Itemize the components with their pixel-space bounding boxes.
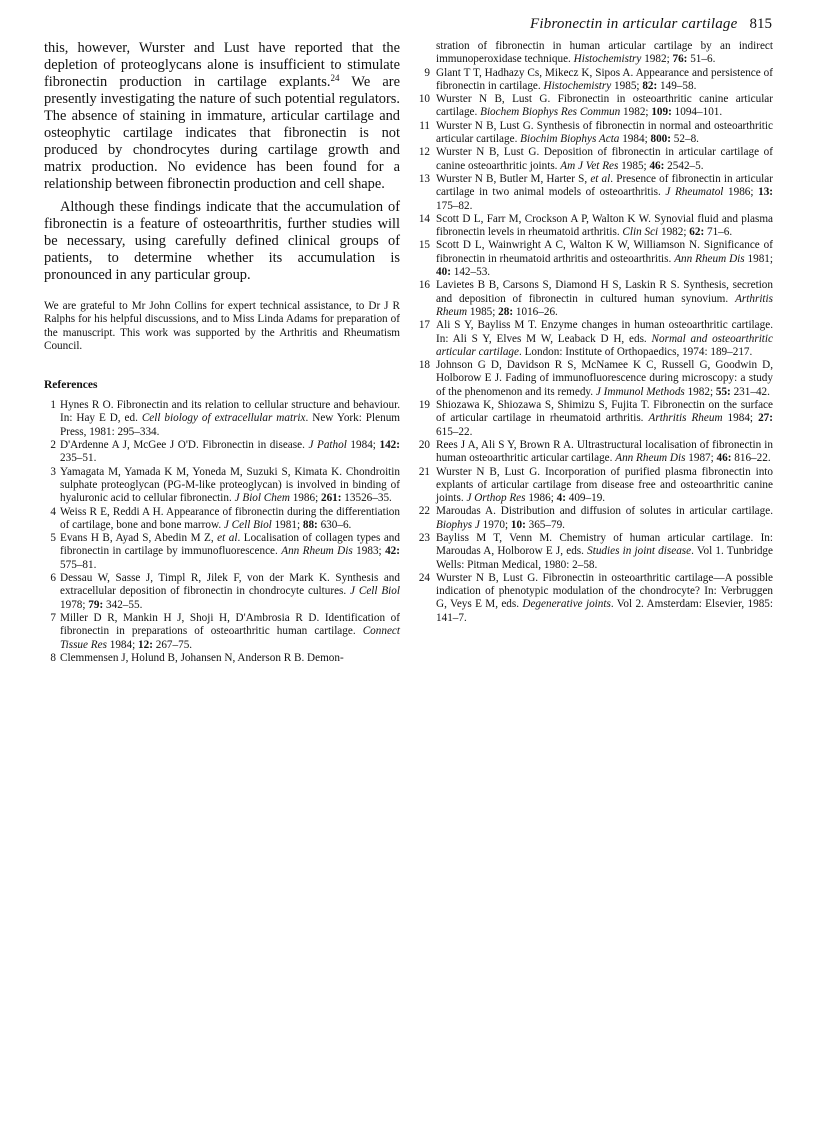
reference-authors-title: Clemmensen J, Holund B, Johansen N, Ande… [60, 652, 344, 664]
reference-year: 1986; [290, 492, 321, 504]
reference-volume: 12: [138, 639, 153, 651]
reference-year: 1984; [347, 439, 380, 451]
reference-number: 1 [44, 399, 56, 412]
reference-year: 1982; [641, 53, 672, 65]
reference-pages: 342–55. [103, 599, 142, 611]
reference-year: 1984; [723, 412, 759, 424]
reference-number: 14 [416, 213, 430, 226]
reference-pages: 1094–101. [672, 106, 722, 118]
reference-year: 1987; [685, 452, 716, 464]
reference-year: 1982; [685, 386, 716, 398]
reference-number: 3 [44, 466, 56, 479]
reference-journal: Arthritis Rheum [649, 412, 723, 424]
reference-journal: Cell biology of extracellular matrix [142, 412, 306, 424]
reference-pages: 13526–35. [342, 492, 392, 504]
reference-authors-title: Maroudas A. Distribution and diffusion o… [436, 505, 773, 517]
reference-number: 6 [44, 572, 56, 585]
reference-item: 12Wurster N B, Lust G. Deposition of fib… [418, 146, 773, 173]
reference-number: 8 [44, 652, 56, 665]
right-column: stration of fibronectin in human articul… [418, 40, 773, 625]
reference-journal: Ann Rheum Dis [281, 545, 353, 557]
reference-year: 1982; [658, 226, 689, 238]
reference-number: 7 [44, 612, 56, 625]
reference-pages: 575–81. [60, 559, 96, 571]
reference-item: 13Wurster N B, Butler M, Harter S, et al… [418, 173, 773, 213]
reference-item: 6Dessau W, Sasse J, Timpl R, Jilek F, vo… [44, 572, 400, 612]
reference-item: 18Johnson G D, Davidson R S, McNamee K C… [418, 359, 773, 399]
reference-item: 5Evans H B, Ayad S, Abedin M Z, et al. L… [44, 532, 400, 572]
reference-journal: Biochim Biophys Acta [520, 133, 619, 145]
reference-journal: Degenerative joints [522, 598, 610, 610]
reference-volume: 76: [672, 53, 687, 65]
reference-journal: J Immunol Methods [596, 386, 685, 398]
reference-item: 16Lavietes B B, Carsons S, Diamond H S, … [418, 279, 773, 319]
acknowledgement: We are grateful to Mr John Collins for e… [44, 300, 400, 353]
reference-number: 15 [416, 239, 430, 252]
reference-journal: J Orthop Res [466, 492, 525, 504]
reference-pages: 235–51. [60, 452, 96, 464]
reference-item: 22Maroudas A. Distribution and diffusion… [418, 505, 773, 532]
reference-journal: Clin Sci [622, 226, 658, 238]
reference-volume: 40: [436, 266, 451, 278]
citation-superscript: 24 [331, 73, 340, 83]
reference-et-al: et al [590, 173, 610, 185]
reference-pages: 816–22. [731, 452, 770, 464]
reference-authors-title: Wurster N B, Butler M, Harter S, [436, 173, 590, 185]
reference-journal: Biophys J [436, 519, 480, 531]
reference-pages: 71–6. [704, 226, 732, 238]
body-paragraph-1: this, however, Wurster and Lust have rep… [44, 40, 400, 193]
reference-volume: 27: [758, 412, 773, 424]
reference-journal: J Biol Chem [235, 492, 290, 504]
reference-item: 15Scott D L, Wainwright A C, Walton K W,… [418, 239, 773, 279]
reference-year: 1982; [620, 106, 651, 118]
reference-volume: 82: [642, 80, 657, 92]
reference-year: 1981; [745, 253, 773, 265]
page-number: 815 [750, 16, 773, 32]
reference-number: 16 [416, 279, 430, 292]
reference-year: 1985; [611, 80, 642, 92]
reference-year: 1983; [353, 545, 385, 557]
reference-volume: 55: [716, 386, 731, 398]
reference-year: 1984; [619, 133, 650, 145]
reference-volume: 4: [557, 492, 566, 504]
reference-journal: Histochemistry [543, 80, 611, 92]
reference-volume: 142: [379, 439, 400, 451]
reference-volume: 42: [385, 545, 400, 557]
reference-journal: J Rheumatol [665, 186, 723, 198]
reference-volume: 62: [689, 226, 704, 238]
reference-year: 1985; [467, 306, 498, 318]
reference-item: 4Weiss R E, Reddi A H. Appearance of fib… [44, 506, 400, 533]
reference-journal: J Cell Biol [224, 519, 272, 531]
reference-item: 1Hynes R O. Fibronectin and its relation… [44, 399, 400, 439]
reference-journal: Ann Rheum Dis [674, 253, 744, 265]
reference-volume: 79: [88, 599, 103, 611]
reference-list-left: 1Hynes R O. Fibronectin and its relation… [44, 399, 400, 665]
reference-year: 1981; [272, 519, 303, 531]
reference-pages: 142–53. [451, 266, 490, 278]
reference-pages: 267–75. [153, 639, 192, 651]
reference-pages: 630–6. [318, 519, 352, 531]
reference-pages: 52–8. [671, 133, 699, 145]
reference-item: stration of fibronectin in human articul… [418, 40, 773, 67]
reference-number: 12 [416, 146, 430, 159]
reference-journal: Histochemistry [574, 53, 642, 65]
reference-pages: 1016–26. [513, 306, 558, 318]
reference-journal: J Cell Biol [350, 585, 400, 597]
reference-journal: Biochem Biophys Res Commun [480, 106, 620, 118]
reference-number: 9 [416, 67, 430, 80]
running-header: Fibronectin in articular cartilage815 [486, 16, 772, 33]
reference-item: 20Rees J A, Ali S Y, Brown R A. Ultrastr… [418, 439, 773, 466]
reference-pages: 615–22. [436, 426, 472, 438]
reference-item: 14Scott D L, Farr M, Crockson A P, Walto… [418, 213, 773, 240]
reference-authors-title: Miller D R, Mankin H J, Shoji H, D'Ambro… [60, 612, 400, 637]
reference-item: 24Wurster N B, Lust G. Fibronectin in os… [418, 572, 773, 625]
reference-year: 1985; [618, 160, 649, 172]
reference-item: 10Wurster N B, Lust G. Fibronectin in os… [418, 93, 773, 120]
reference-number: 13 [416, 173, 430, 186]
reference-journal: Ann Rheum Dis [615, 452, 685, 464]
reference-number: 17 [416, 319, 430, 332]
reference-pages: 175–82. [436, 200, 472, 212]
reference-journal: Studies in joint disease [587, 545, 691, 557]
reference-pages: 365–79. [526, 519, 565, 531]
reference-et-al: et al [217, 532, 237, 544]
reference-number: 11 [416, 120, 430, 133]
reference-journal: J Pathol [308, 439, 346, 451]
reference-pages: 51–6. [687, 53, 715, 65]
reference-item: 2D'Ardenne A J, McGee J O'D. Fibronectin… [44, 439, 400, 466]
reference-journal: Am J Vet Res [560, 160, 618, 172]
left-column: this, however, Wurster and Lust have rep… [44, 40, 400, 665]
reference-volume: 800: [650, 133, 671, 145]
reference-year: 1986; [723, 186, 758, 198]
body-paragraph-2: Although these findings indicate that th… [44, 199, 400, 284]
reference-number: 18 [416, 359, 430, 372]
reference-item: 21Wurster N B, Lust G. Incorporation of … [418, 466, 773, 506]
reference-authors-title: Lavietes B B, Carsons S, Diamond H S, La… [436, 279, 773, 304]
reference-number: 21 [416, 466, 430, 479]
reference-number: 4 [44, 506, 56, 519]
reference-authors-title: Evans H B, Ayad S, Abedin M Z, [60, 532, 217, 544]
reference-item: 9Glant T T, Hadhazy Cs, Mikecz K, Sipos … [418, 67, 773, 94]
reference-volume: 261: [321, 492, 342, 504]
reference-authors-title: Dessau W, Sasse J, Timpl R, Jilek F, von… [60, 572, 400, 597]
reference-pages: 2542–5. [664, 160, 703, 172]
reference-item: 19Shiozawa K, Shiozawa S, Shimizu S, Fuj… [418, 399, 773, 439]
references-heading: References [44, 379, 400, 391]
reference-item: 7Miller D R, Mankin H J, Shoji H, D'Ambr… [44, 612, 400, 652]
reference-year: 1986; [526, 492, 557, 504]
reference-year: 1978; [60, 599, 88, 611]
reference-list-right: stration of fibronectin in human articul… [418, 40, 773, 625]
reference-authors-title: D'Ardenne A J, McGee J O'D. Fibronectin … [60, 439, 308, 451]
reference-volume: 88: [303, 519, 318, 531]
reference-number: 5 [44, 532, 56, 545]
reference-item: 17Ali S Y, Bayliss M T. Enzyme changes i… [418, 319, 773, 359]
reference-year: 1970; [480, 519, 511, 531]
body-text-segment: We are presently investigating the natur… [44, 74, 400, 192]
reference-number: 19 [416, 399, 430, 412]
reference-number: 2 [44, 439, 56, 452]
reference-volume: 109: [651, 106, 672, 118]
reference-pages: 149–58. [657, 80, 696, 92]
reference-year: 1984; [107, 639, 138, 651]
reference-item: 11Wurster N B, Lust G. Synthesis of fibr… [418, 120, 773, 147]
reference-volume: 28: [498, 306, 513, 318]
reference-pages: 409–19. [566, 492, 605, 504]
reference-number: 24 [416, 572, 430, 585]
reference-volume: 46: [649, 160, 664, 172]
reference-volume: 10: [511, 519, 526, 531]
reference-pages: 231–42. [731, 386, 770, 398]
running-title: Fibronectin in articular cartilage [530, 16, 737, 32]
reference-item: 23Bayliss M T, Venn M. Chemistry of huma… [418, 532, 773, 572]
reference-number: 22 [416, 505, 430, 518]
reference-number: 23 [416, 532, 430, 545]
reference-number: 10 [416, 93, 430, 106]
reference-number: 20 [416, 439, 430, 452]
reference-year: . London: Institute of Orthopaedics, 197… [519, 346, 752, 358]
reference-item: 3Yamagata M, Yamada K M, Yoneda M, Suzuk… [44, 466, 400, 506]
reference-volume: 46: [717, 452, 732, 464]
reference-volume: 13: [758, 186, 773, 198]
reference-item: 8Clemmensen J, Holund B, Johansen N, And… [44, 652, 400, 665]
